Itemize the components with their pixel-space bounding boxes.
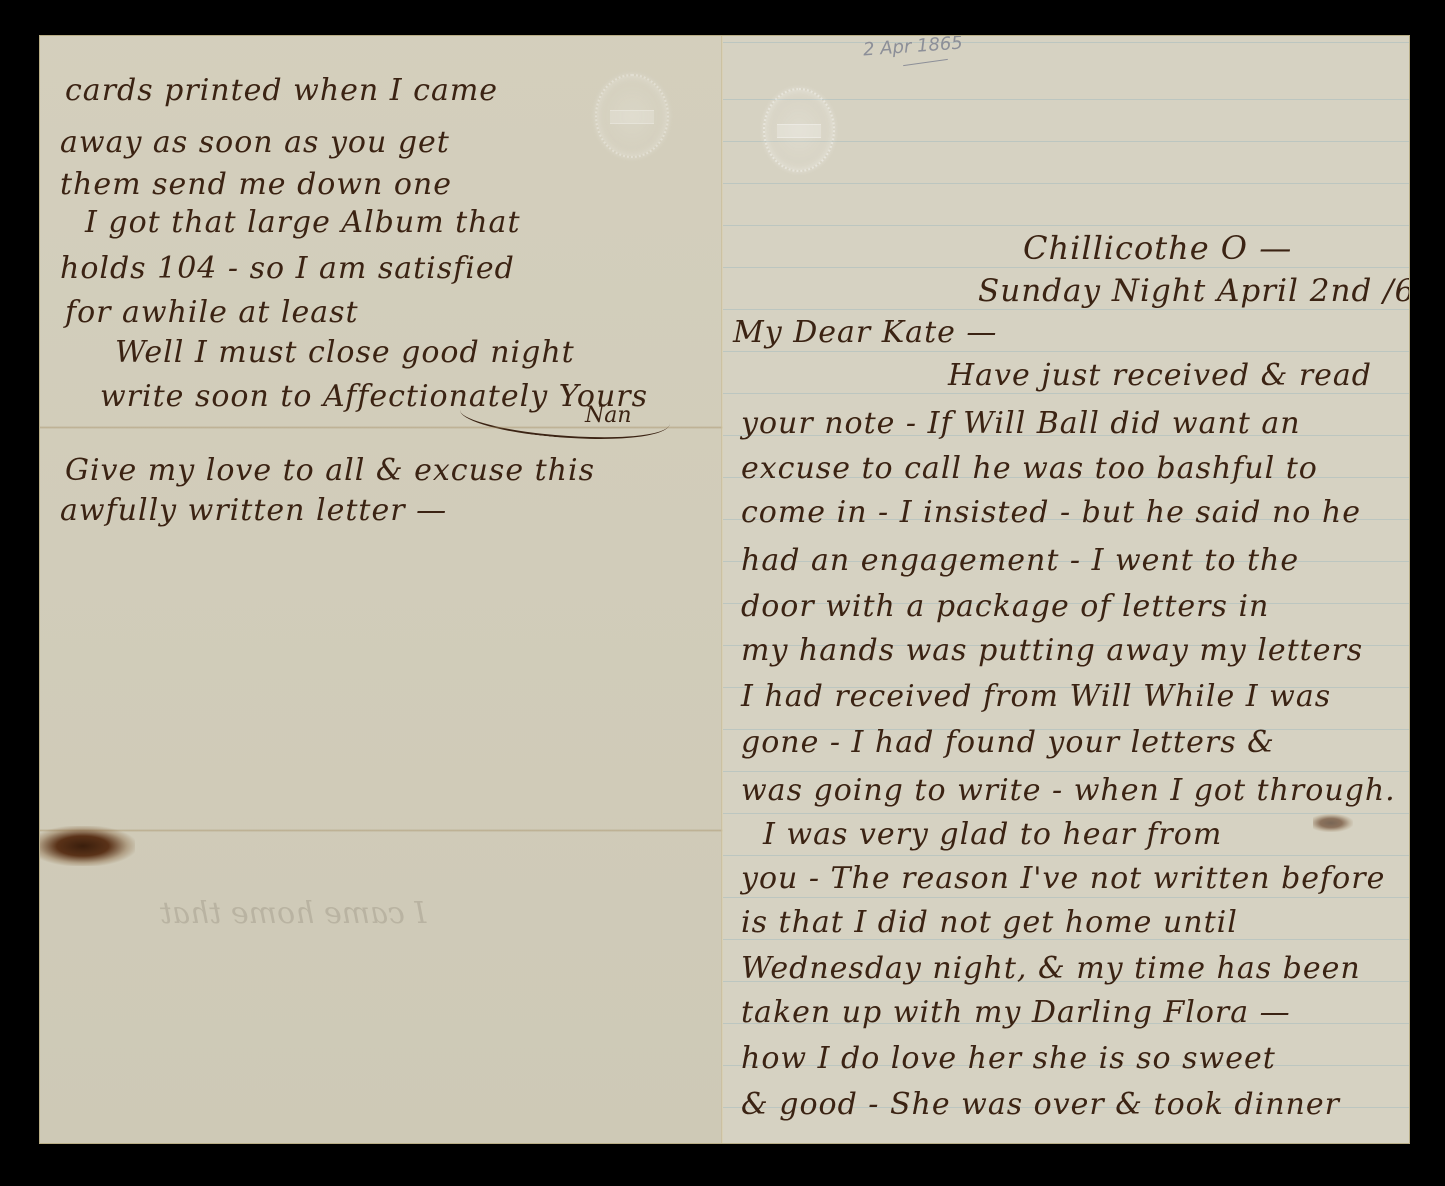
right-line-10: was going to write - when I got through. bbox=[741, 776, 1396, 806]
right-line-3: excuse to call he was too bashful to bbox=[741, 454, 1318, 484]
embossed-seal-icon bbox=[595, 74, 669, 158]
right-line-8: I had received from Will While I was bbox=[741, 682, 1331, 712]
postscript-line-2: awfully written letter — bbox=[60, 496, 447, 526]
right-line-7: my hands was putting away my letters bbox=[741, 636, 1363, 666]
right-line-11: I was very glad to hear from bbox=[763, 820, 1222, 850]
embossed-seal-icon bbox=[763, 88, 835, 172]
horizontal-fold bbox=[40, 426, 723, 429]
archival-note-underline bbox=[903, 59, 948, 66]
right-line-5: had an engagement - I went to the bbox=[741, 546, 1299, 576]
salutation: My Dear Kate — bbox=[733, 318, 997, 348]
horizontal-fold-lower bbox=[40, 829, 723, 832]
right-page: 2 Apr 1865 Chillicothe O — Sunday Night … bbox=[723, 36, 1409, 1143]
left-line-1: cards printed when I came bbox=[65, 76, 498, 106]
right-line-6: door with a package of letters in bbox=[741, 592, 1269, 622]
right-line-15: taken up with my Darling Flora — bbox=[741, 998, 1291, 1028]
right-line-13: is that I did not get home until bbox=[741, 908, 1238, 938]
right-line-16: how I do love her she is so sweet bbox=[741, 1044, 1276, 1074]
left-line-5: holds 104 - so I am satisfied bbox=[60, 254, 515, 284]
ink-stain bbox=[40, 826, 135, 866]
ink-blot bbox=[1313, 814, 1353, 832]
ink-bleed-through: I came home that bbox=[160, 896, 426, 931]
date-line: Sunday Night April 2nd /65. bbox=[978, 276, 1409, 307]
left-page: cards printed when I came away as soon a… bbox=[40, 36, 723, 1143]
left-line-6: for awhile at least bbox=[65, 298, 359, 328]
right-line-4: come in - I insisted - but he said no he bbox=[741, 498, 1361, 528]
right-line-17: & good - She was over & took dinner bbox=[741, 1090, 1340, 1120]
right-line-9: gone - I had found your letters & bbox=[741, 728, 1275, 758]
right-line-1: Have just received & read bbox=[948, 361, 1372, 391]
letter-sheet: cards printed when I came away as soon a… bbox=[40, 36, 1409, 1143]
right-line-12: you - The reason I've not written before bbox=[741, 864, 1385, 894]
left-line-7: Well I must close good night bbox=[115, 338, 575, 368]
left-line-4: I got that large Album that bbox=[85, 208, 521, 238]
place-heading: Chillicothe O — bbox=[1023, 232, 1292, 264]
postscript-line-1: Give my love to all & excuse this bbox=[65, 456, 595, 486]
signature: Nan bbox=[585, 403, 632, 428]
archival-date-note: 2 Apr 1865 bbox=[862, 36, 963, 60]
right-line-2: your note - If Will Ball did want an bbox=[741, 409, 1301, 439]
left-line-3: them send me down one bbox=[60, 170, 452, 200]
left-line-2: away as soon as you get bbox=[60, 128, 450, 158]
right-line-14: Wednesday night, & my time has been bbox=[741, 954, 1361, 984]
